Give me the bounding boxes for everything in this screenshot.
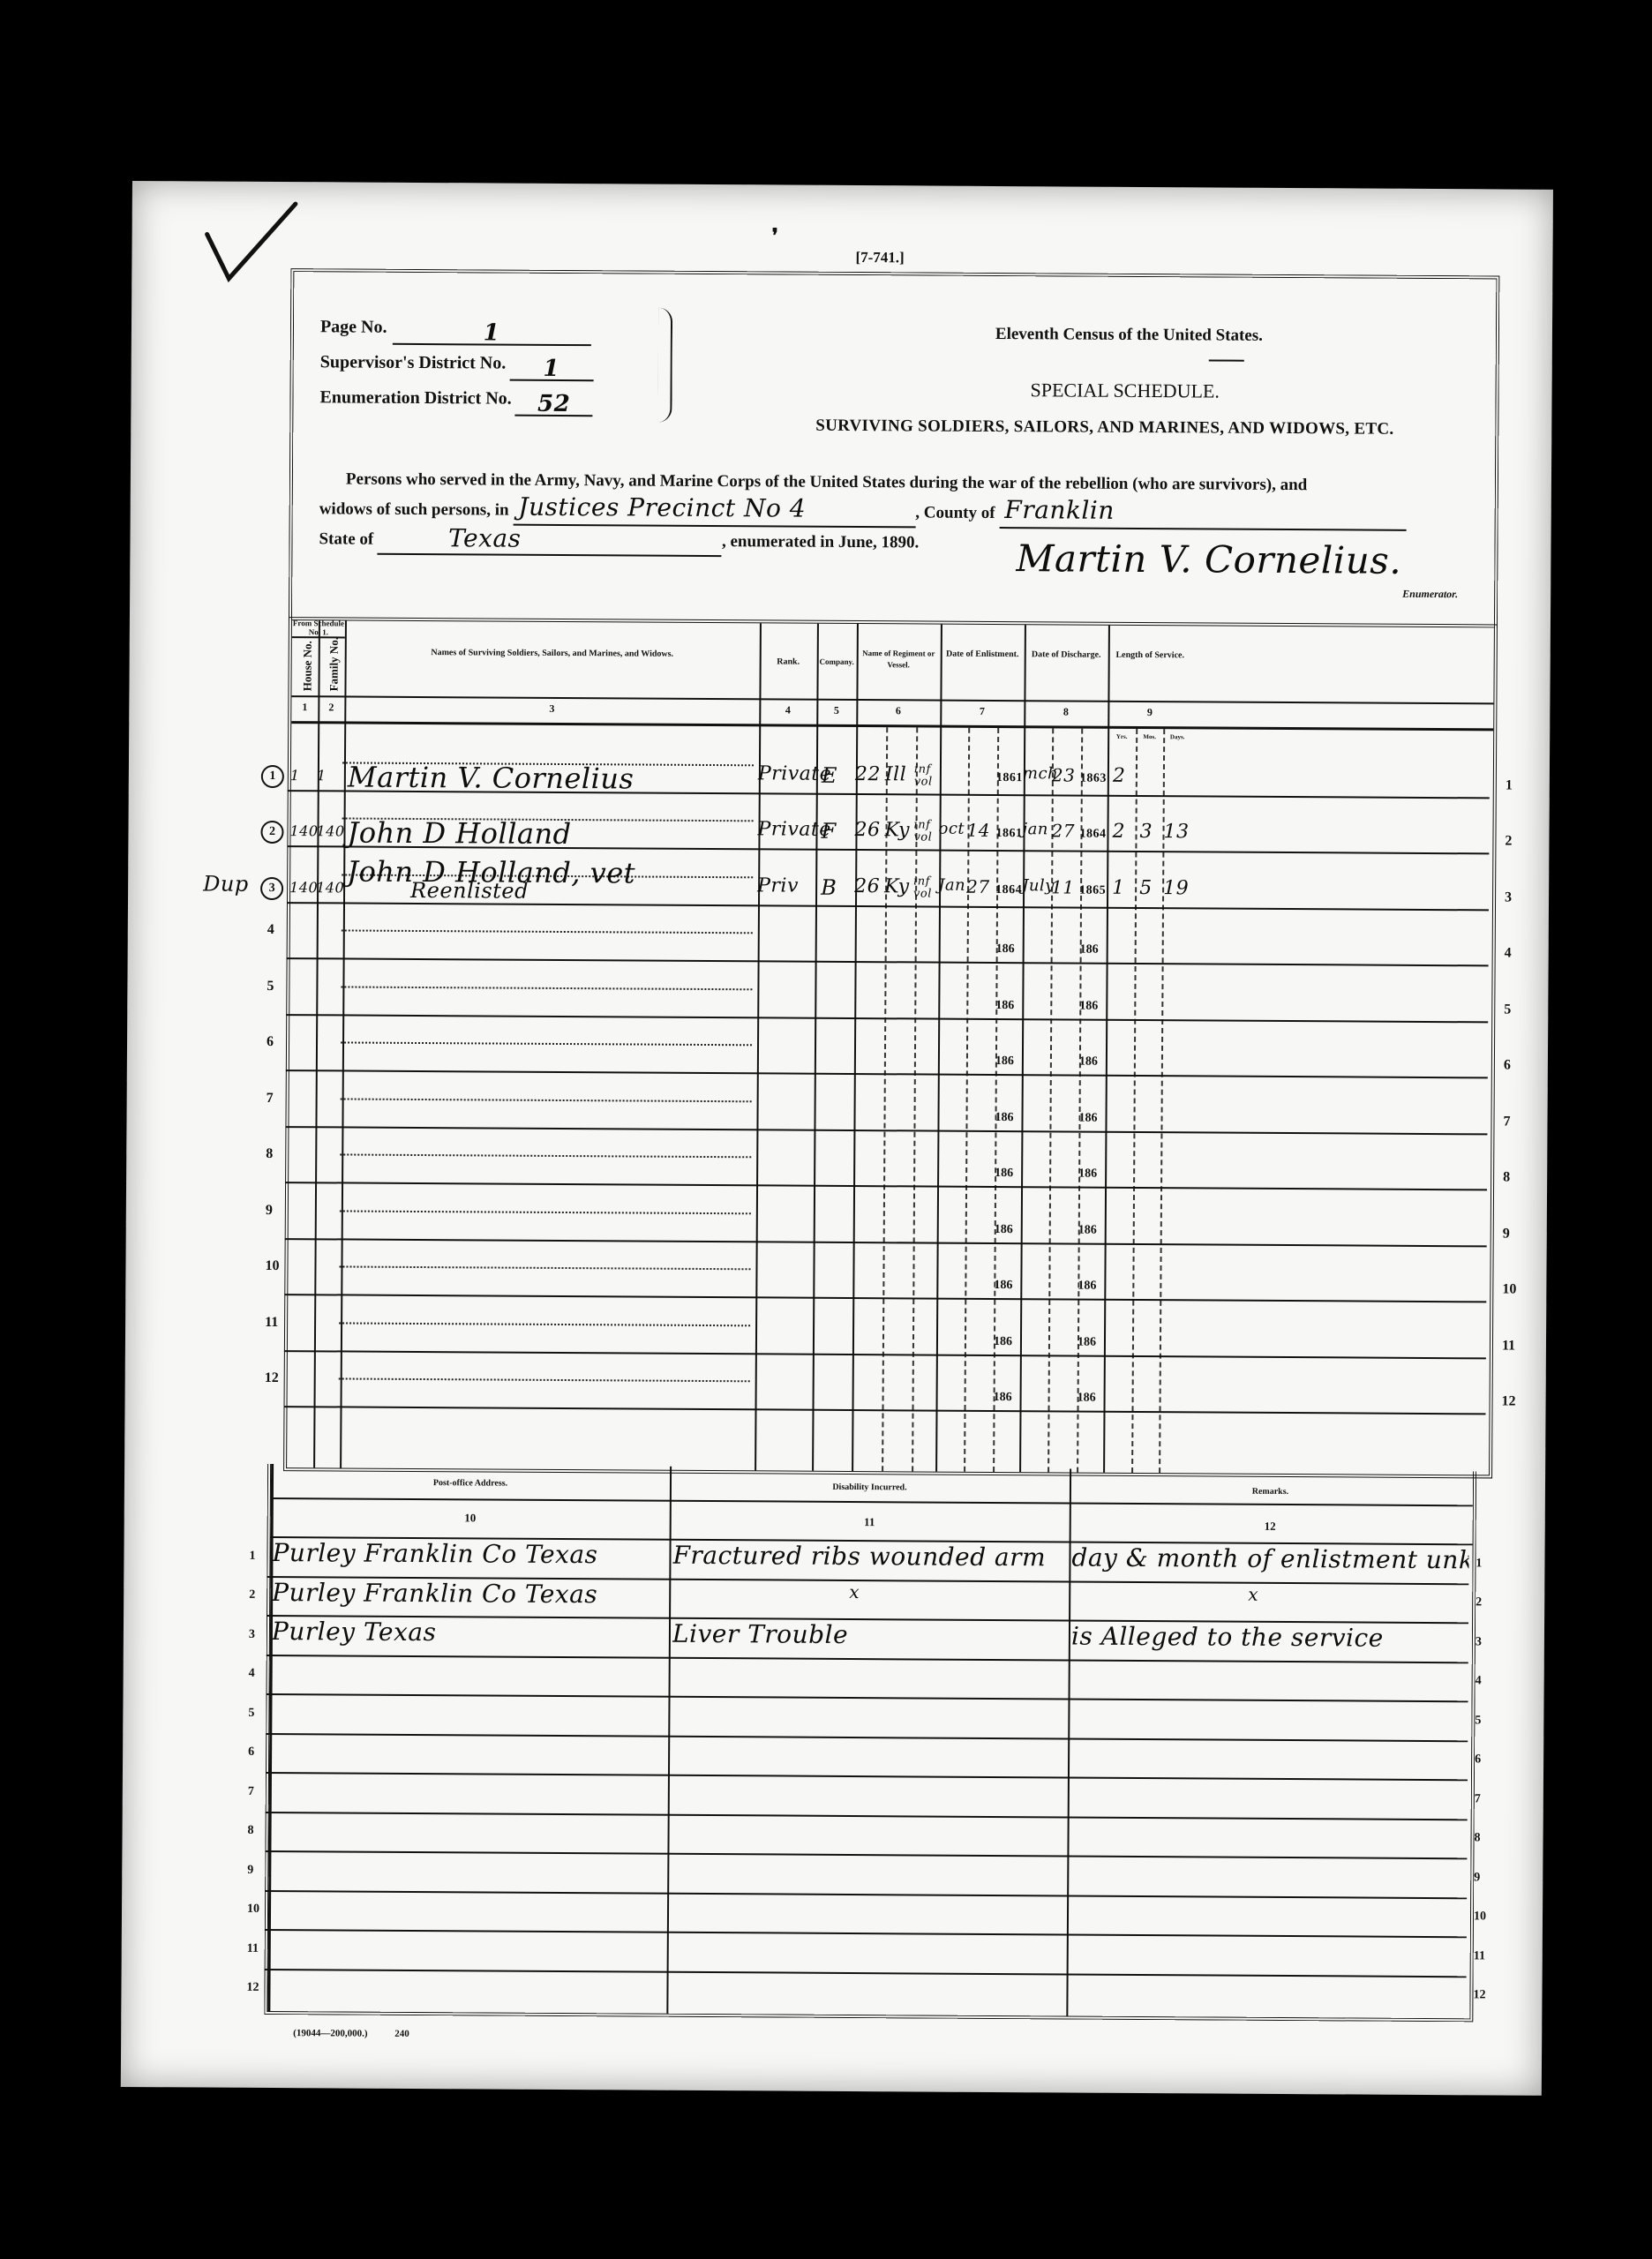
remarks: day & month of enlistment unknown [1071, 1543, 1468, 1575]
house-no: 140 [289, 822, 318, 839]
col-enlistment: Date of Enlistment. [941, 649, 1025, 662]
form-code: [7-741.] [855, 249, 904, 266]
row-number-right: 8 [1475, 1831, 1481, 1845]
schedule-title: SPECIAL SCHEDULE. [1030, 379, 1219, 402]
row-number-right: 9 [1503, 1226, 1510, 1242]
service-months: 5 [1139, 876, 1153, 898]
name-note: Reenlisted [410, 877, 529, 903]
regiment-type: inf vol [914, 763, 937, 788]
soldiers-table: From Schedule No. 1. House No. Family No… [283, 617, 1498, 1478]
row-number-right: 8 [1503, 1170, 1510, 1186]
discharge-year-prefix: 186 [1079, 999, 1098, 1013]
enlistment-year: 1861 [996, 770, 1023, 784]
enlistment-year-prefix: 186 [995, 1054, 1014, 1069]
discharge-year-prefix: 186 [1079, 1055, 1098, 1069]
circled-line-marker: 3 [260, 876, 283, 899]
intro-line-2-prefix: widows of such persons, in [319, 499, 509, 519]
row-number-right: 10 [1502, 1282, 1516, 1298]
enumeration-label: Enumeration District No. [319, 379, 511, 416]
post-office-address: Purley Texas [272, 1617, 437, 1647]
sub-mos: Mos. [1136, 730, 1163, 745]
row-number-left: 12 [265, 1370, 279, 1386]
regiment-type: inf vol [913, 819, 936, 844]
col-num-10: 10 [271, 1510, 670, 1527]
service-days: 19 [1163, 877, 1189, 899]
disability-incurred: x [849, 1580, 860, 1602]
print-code: (19044—200,000.) 240 [293, 2028, 409, 2039]
soldier-rows: 1234418618655186186661861867718618688186… [132, 181, 1553, 190]
enlistment-year-prefix: 186 [995, 1167, 1013, 1181]
discharge-year-prefix: 186 [1080, 943, 1099, 957]
circled-line-marker: 2 [260, 821, 283, 844]
regiment-state: Ill [885, 763, 906, 785]
col-regiment: Name of Regiment or Vessel. [857, 648, 941, 672]
subject-title: SURVIVING SOLDIERS, SAILORS, AND MARINES… [815, 417, 1393, 439]
enlistment-day: 14 [966, 820, 990, 841]
row-number-right: 1 [1506, 777, 1513, 793]
col-discharge: Date of Discharge. [1025, 649, 1108, 662]
enlistment-year-prefix: 186 [995, 1222, 1013, 1236]
col-post-office: Post-office Address. [271, 1475, 670, 1492]
row-number-left: 10 [247, 1903, 259, 1917]
census-page: ❜ [7-741.] Page No. 1 Supervisor's Distr… [121, 181, 1553, 2096]
enumerator-label: Enumerator. [1402, 588, 1458, 601]
ink-blot: ❜ [772, 224, 778, 247]
enlistment-year-prefix: 186 [995, 998, 1014, 1012]
row-number-right: 9 [1474, 1871, 1480, 1885]
state-label: State of [319, 529, 373, 548]
row-number-right: 2 [1476, 1595, 1482, 1610]
sub-days: Days. [1163, 730, 1191, 745]
col-company: Company. [817, 655, 857, 670]
regiment-number: 22 [855, 763, 881, 785]
row-number-left: 5 [248, 1706, 254, 1720]
census-title: Eleventh Census of the United States. [995, 325, 1263, 346]
post-office-address: Purley Franklin Co Texas [272, 1538, 597, 1569]
discharge-year: 1865 [1079, 883, 1106, 897]
family-no: 140 [316, 822, 344, 839]
discharge-day: 11 [1051, 876, 1075, 897]
rank: Private [757, 818, 830, 841]
row-number-right: 6 [1475, 1752, 1481, 1767]
row-number-right: 1 [1476, 1557, 1482, 1571]
page-no-value: 1 [484, 319, 500, 346]
row-number-right: 12 [1473, 1988, 1485, 2002]
enlistment-year-prefix: 186 [994, 1334, 1012, 1348]
discharge-month: July [1022, 876, 1055, 895]
row-number-right: 7 [1503, 1114, 1510, 1129]
col-num-8: 8 [1024, 705, 1108, 719]
service-months: 3 [1139, 821, 1153, 843]
row-number-right: 4 [1505, 946, 1512, 962]
row-number-left: 8 [248, 1824, 254, 1838]
discharge-year-prefix: 186 [1078, 1335, 1096, 1349]
family-no: 1 [317, 767, 327, 784]
discharge-month: jan [1022, 820, 1048, 838]
enlistment-day: 27 [966, 875, 990, 897]
col-num-2: 2 [318, 701, 344, 714]
state-value: Texas [448, 523, 522, 553]
post-office-address: Purley Franklin Co Texas [272, 1577, 597, 1608]
company: F [821, 819, 836, 844]
discharge-year-prefix: 186 [1078, 1392, 1096, 1406]
row-number-left: 9 [266, 1203, 273, 1219]
rank: Private [758, 762, 831, 785]
row-number-left: 3 [249, 1627, 255, 1641]
row-number-left: 12 [246, 1981, 259, 1995]
margin-note: Dup [203, 871, 249, 896]
col-num-3: 3 [344, 701, 759, 717]
service-days: 13 [1163, 821, 1189, 843]
row-number-left: 1 [249, 1549, 255, 1563]
page-meta: Page No. 1 Supervisor's District No. 1 E… [319, 309, 593, 417]
row-number-right: 2 [1505, 834, 1512, 850]
soldier-name: Martin V. Cornelius [348, 760, 635, 795]
enlistment-year: 1861 [995, 827, 1022, 841]
col-disability: Disability Incurred. [670, 1479, 1070, 1497]
enlistment-year-prefix: 186 [995, 1110, 1013, 1124]
col-family-no: Family No. [327, 637, 341, 691]
service-years: 2 [1113, 764, 1126, 786]
col-num-11: 11 [670, 1514, 1070, 1531]
col-rank: Rank. [760, 654, 817, 669]
row-number-left: 8 [266, 1146, 273, 1162]
enumeration-value: 52 [537, 391, 570, 417]
soldier-name: John D Holland [347, 816, 571, 852]
sheet-number: 240 [394, 2029, 409, 2039]
row-number-left: 11 [265, 1315, 278, 1331]
col-house-no: House No. [300, 641, 314, 691]
row-number-left: 6 [248, 1745, 254, 1760]
regiment-number: 26 [854, 819, 880, 841]
remarks: x [1248, 1583, 1258, 1604]
row-number-right: 5 [1475, 1714, 1481, 1728]
row-number-left: 4 [249, 1667, 255, 1681]
col-service: Length of Service. [1108, 649, 1192, 663]
enlistment-year-prefix: 186 [996, 942, 1015, 957]
county-label: , County of [915, 503, 995, 522]
precinct-value: Justices Precinct No 4 [518, 492, 806, 523]
row-number-left: 9 [247, 1863, 253, 1877]
disability-incurred: Liver Trouble [672, 1619, 848, 1649]
col-num-12: 12 [1070, 1519, 1471, 1535]
rank: Priv [757, 874, 799, 897]
house-no: 1 [290, 767, 300, 784]
row-number-left: 10 [265, 1258, 279, 1274]
row-number-right: 10 [1474, 1910, 1486, 1924]
col-num-5: 5 [816, 704, 856, 717]
supervisor-value: 1 [543, 356, 559, 382]
regiment-state: Ky [884, 875, 910, 897]
regiment-number: 26 [854, 875, 880, 897]
address-rows: 112233445566778899101011111212Purley Fra… [132, 181, 1553, 190]
sub-yrs: Yrs. [1108, 730, 1136, 745]
row-number-left: 6 [267, 1034, 274, 1050]
discharge-day: 27 [1051, 820, 1075, 841]
remarks: is Alleged to the service [1071, 1622, 1384, 1653]
service-years: 2 [1112, 821, 1125, 843]
print-code-text: (19044—200,000.) [293, 2028, 367, 2039]
row-number-left: 7 [267, 1091, 274, 1107]
discharge-year-prefix: 186 [1078, 1167, 1097, 1182]
row-number-left: 11 [247, 1941, 259, 1955]
col-names: Names of Surviving Soldiers, Sailors, an… [372, 646, 733, 662]
circled-line-marker: 1 [261, 764, 284, 787]
discharge-year-prefix: 186 [1078, 1280, 1096, 1294]
row-number-left: 2 [249, 1588, 255, 1602]
col-num-9: 9 [1108, 706, 1191, 720]
discharge-day: 23 [1052, 764, 1076, 785]
row-number-right: 6 [1504, 1058, 1511, 1074]
title-divider [1209, 359, 1244, 361]
enumerator-signature: Martin V. Cornelius. [1016, 537, 1401, 582]
brace [657, 308, 672, 423]
col-num-1: 1 [291, 701, 318, 714]
company: E [822, 762, 837, 787]
row-number-right: 3 [1476, 1635, 1482, 1649]
regiment-state: Ky [884, 819, 910, 841]
col-num-6: 6 [856, 704, 940, 718]
enlistment-year: 1864 [995, 882, 1022, 897]
service-years: 1 [1112, 876, 1125, 898]
header-box: Page No. 1 Supervisor's District No. 1 E… [289, 268, 1499, 627]
county-value: Franklin [1004, 495, 1115, 525]
enumerated-label: , enumerated in June, 1890. [722, 532, 919, 552]
row-number-right: 12 [1502, 1394, 1516, 1410]
row-number-right: 11 [1474, 1949, 1485, 1963]
row-number-right: 4 [1476, 1674, 1482, 1688]
enlistment-month: Jan [938, 875, 965, 894]
page-no-label: Page No. [320, 309, 387, 344]
row-number-left: 4 [267, 922, 274, 938]
disability-incurred: Fractured ribs wounded arm [672, 1541, 1046, 1572]
discharge-year: 1864 [1079, 828, 1106, 842]
row-number-right: 5 [1504, 1002, 1511, 1017]
col-num-7: 7 [940, 705, 1024, 719]
col-num-4: 4 [759, 703, 816, 717]
enlistment-month: oct [938, 820, 965, 838]
row-number-right: 3 [1505, 889, 1512, 905]
row-number-right: 7 [1475, 1792, 1481, 1806]
regiment-type: inf vol [913, 875, 936, 900]
row-number-left: 7 [248, 1784, 254, 1798]
family-no: 140 [316, 879, 344, 896]
check-mark-icon [202, 199, 300, 288]
house-no: 140 [289, 879, 318, 896]
discharge-year: 1863 [1080, 771, 1107, 785]
company: B [821, 874, 837, 899]
group-header: From Schedule No. 1. [292, 619, 345, 638]
row-number-right: 11 [1502, 1338, 1515, 1354]
discharge-year-prefix: 186 [1078, 1111, 1097, 1125]
enlistment-year-prefix: 186 [994, 1279, 1012, 1293]
enlistment-year-prefix: 186 [994, 1391, 1012, 1405]
row-number-left: 5 [267, 979, 274, 994]
supervisor-label: Supervisor's District No. [320, 344, 507, 380]
discharge-year-prefix: 186 [1078, 1223, 1097, 1237]
col-remarks: Remarks. [1070, 1483, 1471, 1501]
